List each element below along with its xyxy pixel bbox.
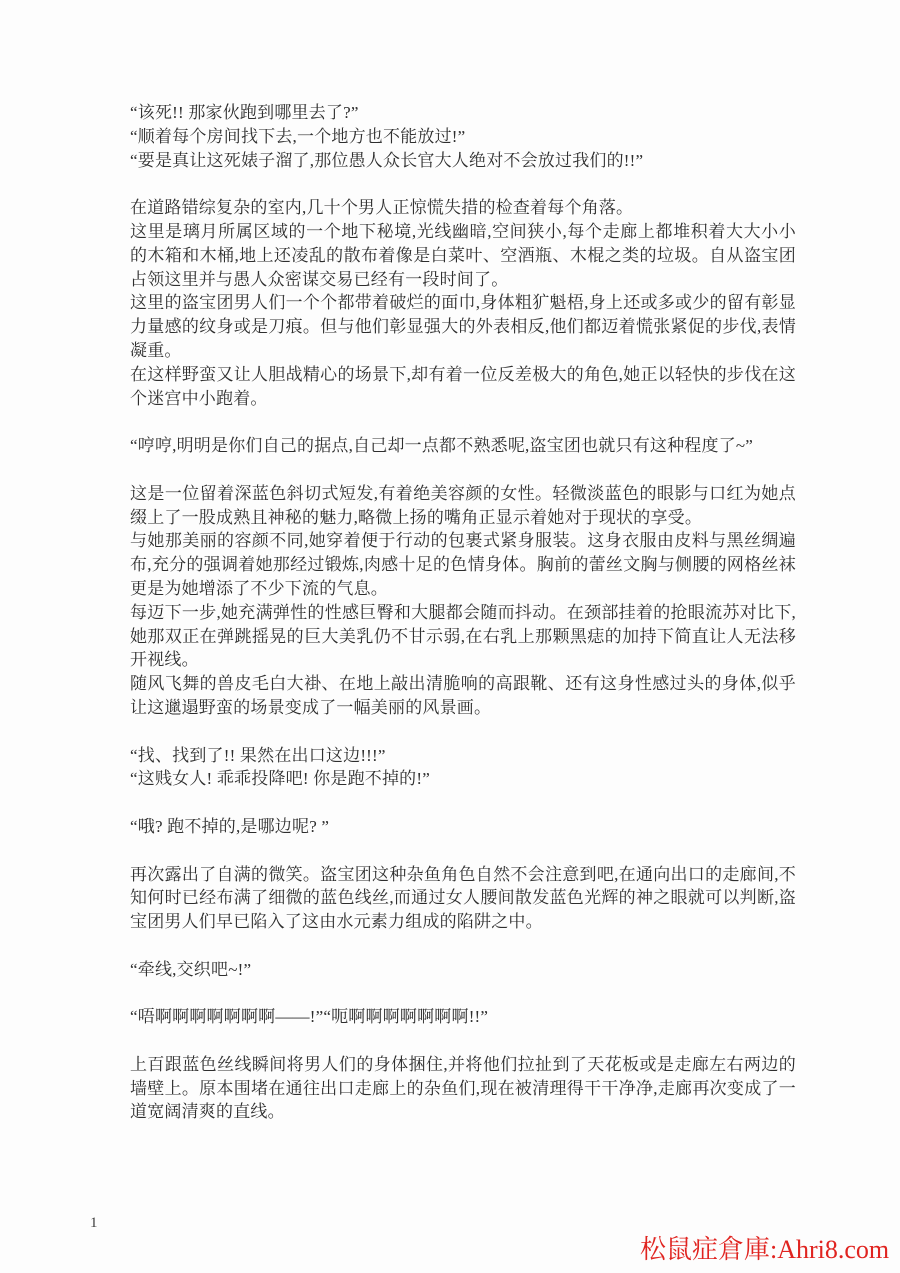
dialogue-block: “哦? 跑不掉的,是哪边呢? ” (130, 815, 796, 839)
dialogue-block: “哼哼,明明是你们自己的据点,自己却一点都不熟悉呢,盗宝团也就只有这种程度了~” (130, 434, 796, 458)
dialogue-block: “该死!! 那家伙跑到哪里去了?” “顺着每个房间找下去,一个地方也不能放过!”… (130, 101, 796, 172)
page-number: 1 (90, 1215, 98, 1232)
paragraph: 再次露出了自满的微笑。盗宝团这种杂鱼角色自然不会注意到吧,在通向出口的走廊间,不… (130, 863, 796, 934)
narration-block: 在道路错综复杂的室内,几十个男人正惊慌失措的检查着每个角落。 这里是璃月所属区域… (130, 196, 796, 410)
dialogue-block: “找、找到了!! 果然在出口这边!!!” “这贱女人! 乖乖投降吧! 你是跑不掉… (130, 744, 796, 792)
paragraph: 这里的盗宝团男人们一个个都带着破烂的面巾,身体粗犷魁梧,身上还或多或少的留有彰显… (130, 291, 796, 362)
narration-block: 这是一位留着深蓝色斜切式短发,有着绝美容颜的女性。轻微淡蓝色的眼影与口红为她点缀… (130, 482, 796, 720)
paragraph: 在道路错综复杂的室内,几十个男人正惊慌失措的检查着每个角落。 (130, 196, 796, 220)
dialogue-block: “唔啊啊啊啊啊啊啊——!”“呃啊啊啊啊啊啊啊!!” (130, 1005, 796, 1029)
story-text: “该死!! 那家伙跑到哪里去了?” “顺着每个房间找下去,一个地方也不能放过!”… (130, 101, 796, 1124)
paragraph: 在这样野蛮又让人胆战精心的场景下,却有着一位反差极大的角色,她正以轻快的步伐在这… (130, 363, 796, 411)
narration-block: 再次露出了自满的微笑。盗宝团这种杂鱼角色自然不会注意到吧,在通向出口的走廊间,不… (130, 863, 796, 934)
narration-block: 上百跟蓝色丝线瞬间将男人们的身体捆住,并将他们拉扯到了天花板或是走廊左右两边的墙… (130, 1053, 796, 1124)
dialogue-line: “哦? 跑不掉的,是哪边呢? ” (130, 815, 796, 839)
paragraph: 这里是璃月所属区域的一个地下秘境,光线幽暗,空间狭小,每个走廊上都堆积着大大小小… (130, 220, 796, 291)
dialogue-line: “这贱女人! 乖乖投降吧! 你是跑不掉的!” (130, 767, 796, 791)
dialogue-line: “顺着每个房间找下去,一个地方也不能放过!” (130, 125, 796, 149)
dialogue-line: “该死!! 那家伙跑到哪里去了?” (130, 101, 796, 125)
paragraph: 每迈下一步,她充满弹性的性感巨臀和大腿都会随而抖动。在颈部挂着的抢眼流苏对比下,… (130, 601, 796, 672)
dialogue-line: “哼哼,明明是你们自己的据点,自己却一点都不熟悉呢,盗宝团也就只有这种程度了~” (130, 434, 796, 458)
paragraph: 随风飞舞的兽皮毛白大褂、在地上敲出清脆响的高跟靴、还有这身性感过头的身体,似乎让… (130, 672, 796, 720)
paragraph: 上百跟蓝色丝线瞬间将男人们的身体捆住,并将他们拉扯到了天花板或是走廊左右两边的墙… (130, 1053, 796, 1124)
dialogue-line: “找、找到了!! 果然在出口这边!!!” (130, 744, 796, 768)
dialogue-line: “唔啊啊啊啊啊啊啊——!”“呃啊啊啊啊啊啊啊!!” (130, 1005, 796, 1029)
paragraph: 与她那美丽的容颜不同,她穿着便于行动的包裹式紧身服装。这身衣服由皮料与黑丝绸遍布… (130, 529, 796, 600)
document-page: “该死!! 那家伙跑到哪里去了?” “顺着每个房间找下去,一个地方也不能放过!”… (0, 0, 900, 1273)
dialogue-block: “牵线,交织吧~!” (130, 958, 796, 982)
site-watermark: 松鼠症倉庫:Ahri8.com (640, 1235, 889, 1265)
paragraph: 这是一位留着深蓝色斜切式短发,有着绝美容颜的女性。轻微淡蓝色的眼影与口红为她点缀… (130, 482, 796, 530)
dialogue-line: “要是真让这死婊子溜了,那位愚人众长官大人绝对不会放过我们的!!” (130, 149, 796, 173)
dialogue-line: “牵线,交织吧~!” (130, 958, 796, 982)
